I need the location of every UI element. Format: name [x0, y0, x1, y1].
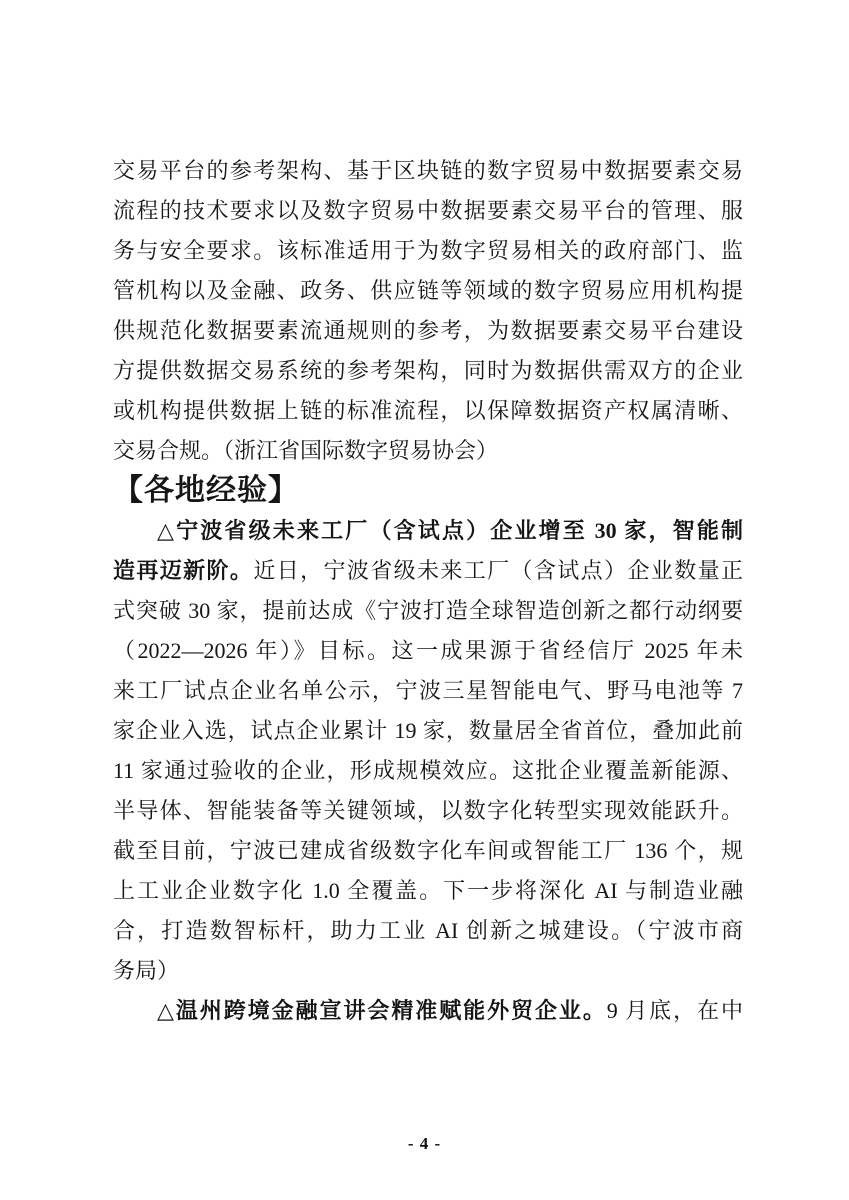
para3-line-1-rest: 9 月底，在中	[607, 998, 743, 1023]
para2-line-2-bold: 造再迈新阶。	[113, 558, 253, 583]
para2-line-1: △宁波省级未来工厂（含试点）企业增至 30 家，智能制	[113, 511, 743, 551]
para1-line-4: 管机构以及金融、政务、供应链等领域的数字贸易应用机构提	[113, 271, 743, 311]
para1-line-3: 务与安全要求。该标准适用于为数字贸易相关的政府部门、监	[113, 231, 743, 271]
para2-line-12: 务局）	[113, 951, 743, 991]
page-number: - 4 -	[0, 1132, 849, 1156]
text-block: 交易平台的参考架构、基于区块链的数字贸易中数据要素交易 流程的技术要求以及数字贸…	[113, 151, 743, 1031]
para2-line-11: 合，打造数智标杆，助力工业 AI 创新之城建设。（宁波市商	[113, 911, 743, 951]
para2-line-10: 上工业企业数字化 1.0 全覆盖。下一步将深化 AI 与制造业融	[113, 871, 743, 911]
para1-line-7: 或机构提供数据上链的标准流程，以保障数据资产权属清晰、	[113, 391, 743, 431]
para1-line-5: 供规范化数据要素流通规则的参考，为数据要素交易平台建设	[113, 311, 743, 351]
para2-line-6: 家企业入选，试点企业累计 19 家，数量居全省首位，叠加此前	[113, 711, 743, 751]
para2-line-4: （2022—2026 年）》目标。这一成果源于省经信厅 2025 年未	[113, 631, 743, 671]
para3-line-1-bold: △温州跨境金融宣讲会精准赋能外贸企业。	[157, 998, 607, 1023]
para2-line-7: 11 家通过验收的企业，形成规模效应。这批企业覆盖新能源、	[113, 751, 743, 791]
para2-line-9: 截至目前，宁波已建成省级数字化车间或智能工厂 136 个，规	[113, 831, 743, 871]
para2-line-2: 造再迈新阶。近日，宁波省级未来工厂（含试点）企业数量正	[113, 551, 743, 591]
para1-line-1: 交易平台的参考架构、基于区块链的数字贸易中数据要素交易	[113, 151, 743, 191]
para2-line-1-bold: △宁波省级未来工厂（含试点）企业增至 30 家，智能制	[157, 518, 743, 543]
section-heading: 【各地经验】	[113, 471, 743, 511]
para2-line-8: 半导体、智能装备等关键领域，以数字化转型实现效能跃升。	[113, 791, 743, 831]
para2-line-5: 来工厂试点企业名单公示，宁波三星智能电气、野马电池等 7	[113, 671, 743, 711]
para1-line-6: 方提供数据交易系统的参考架构，同时为数据供需双方的企业	[113, 351, 743, 391]
para2-line-2-rest: 近日，宁波省级未来工厂（含试点）企业数量正	[253, 558, 743, 583]
para1-line-8: 交易合规。（浙江省国际数字贸易协会）	[113, 431, 743, 471]
para1-line-2: 流程的技术要求以及数字贸易中数据要素交易平台的管理、服	[113, 191, 743, 231]
para2-line-3: 式突破 30 家，提前达成《宁波打造全球智造创新之都行动纲要	[113, 591, 743, 631]
document-page: 交易平台的参考架构、基于区块链的数字贸易中数据要素交易 流程的技术要求以及数字贸…	[0, 0, 849, 1200]
para3-line-1: △温州跨境金融宣讲会精准赋能外贸企业。9 月底，在中	[113, 991, 743, 1031]
